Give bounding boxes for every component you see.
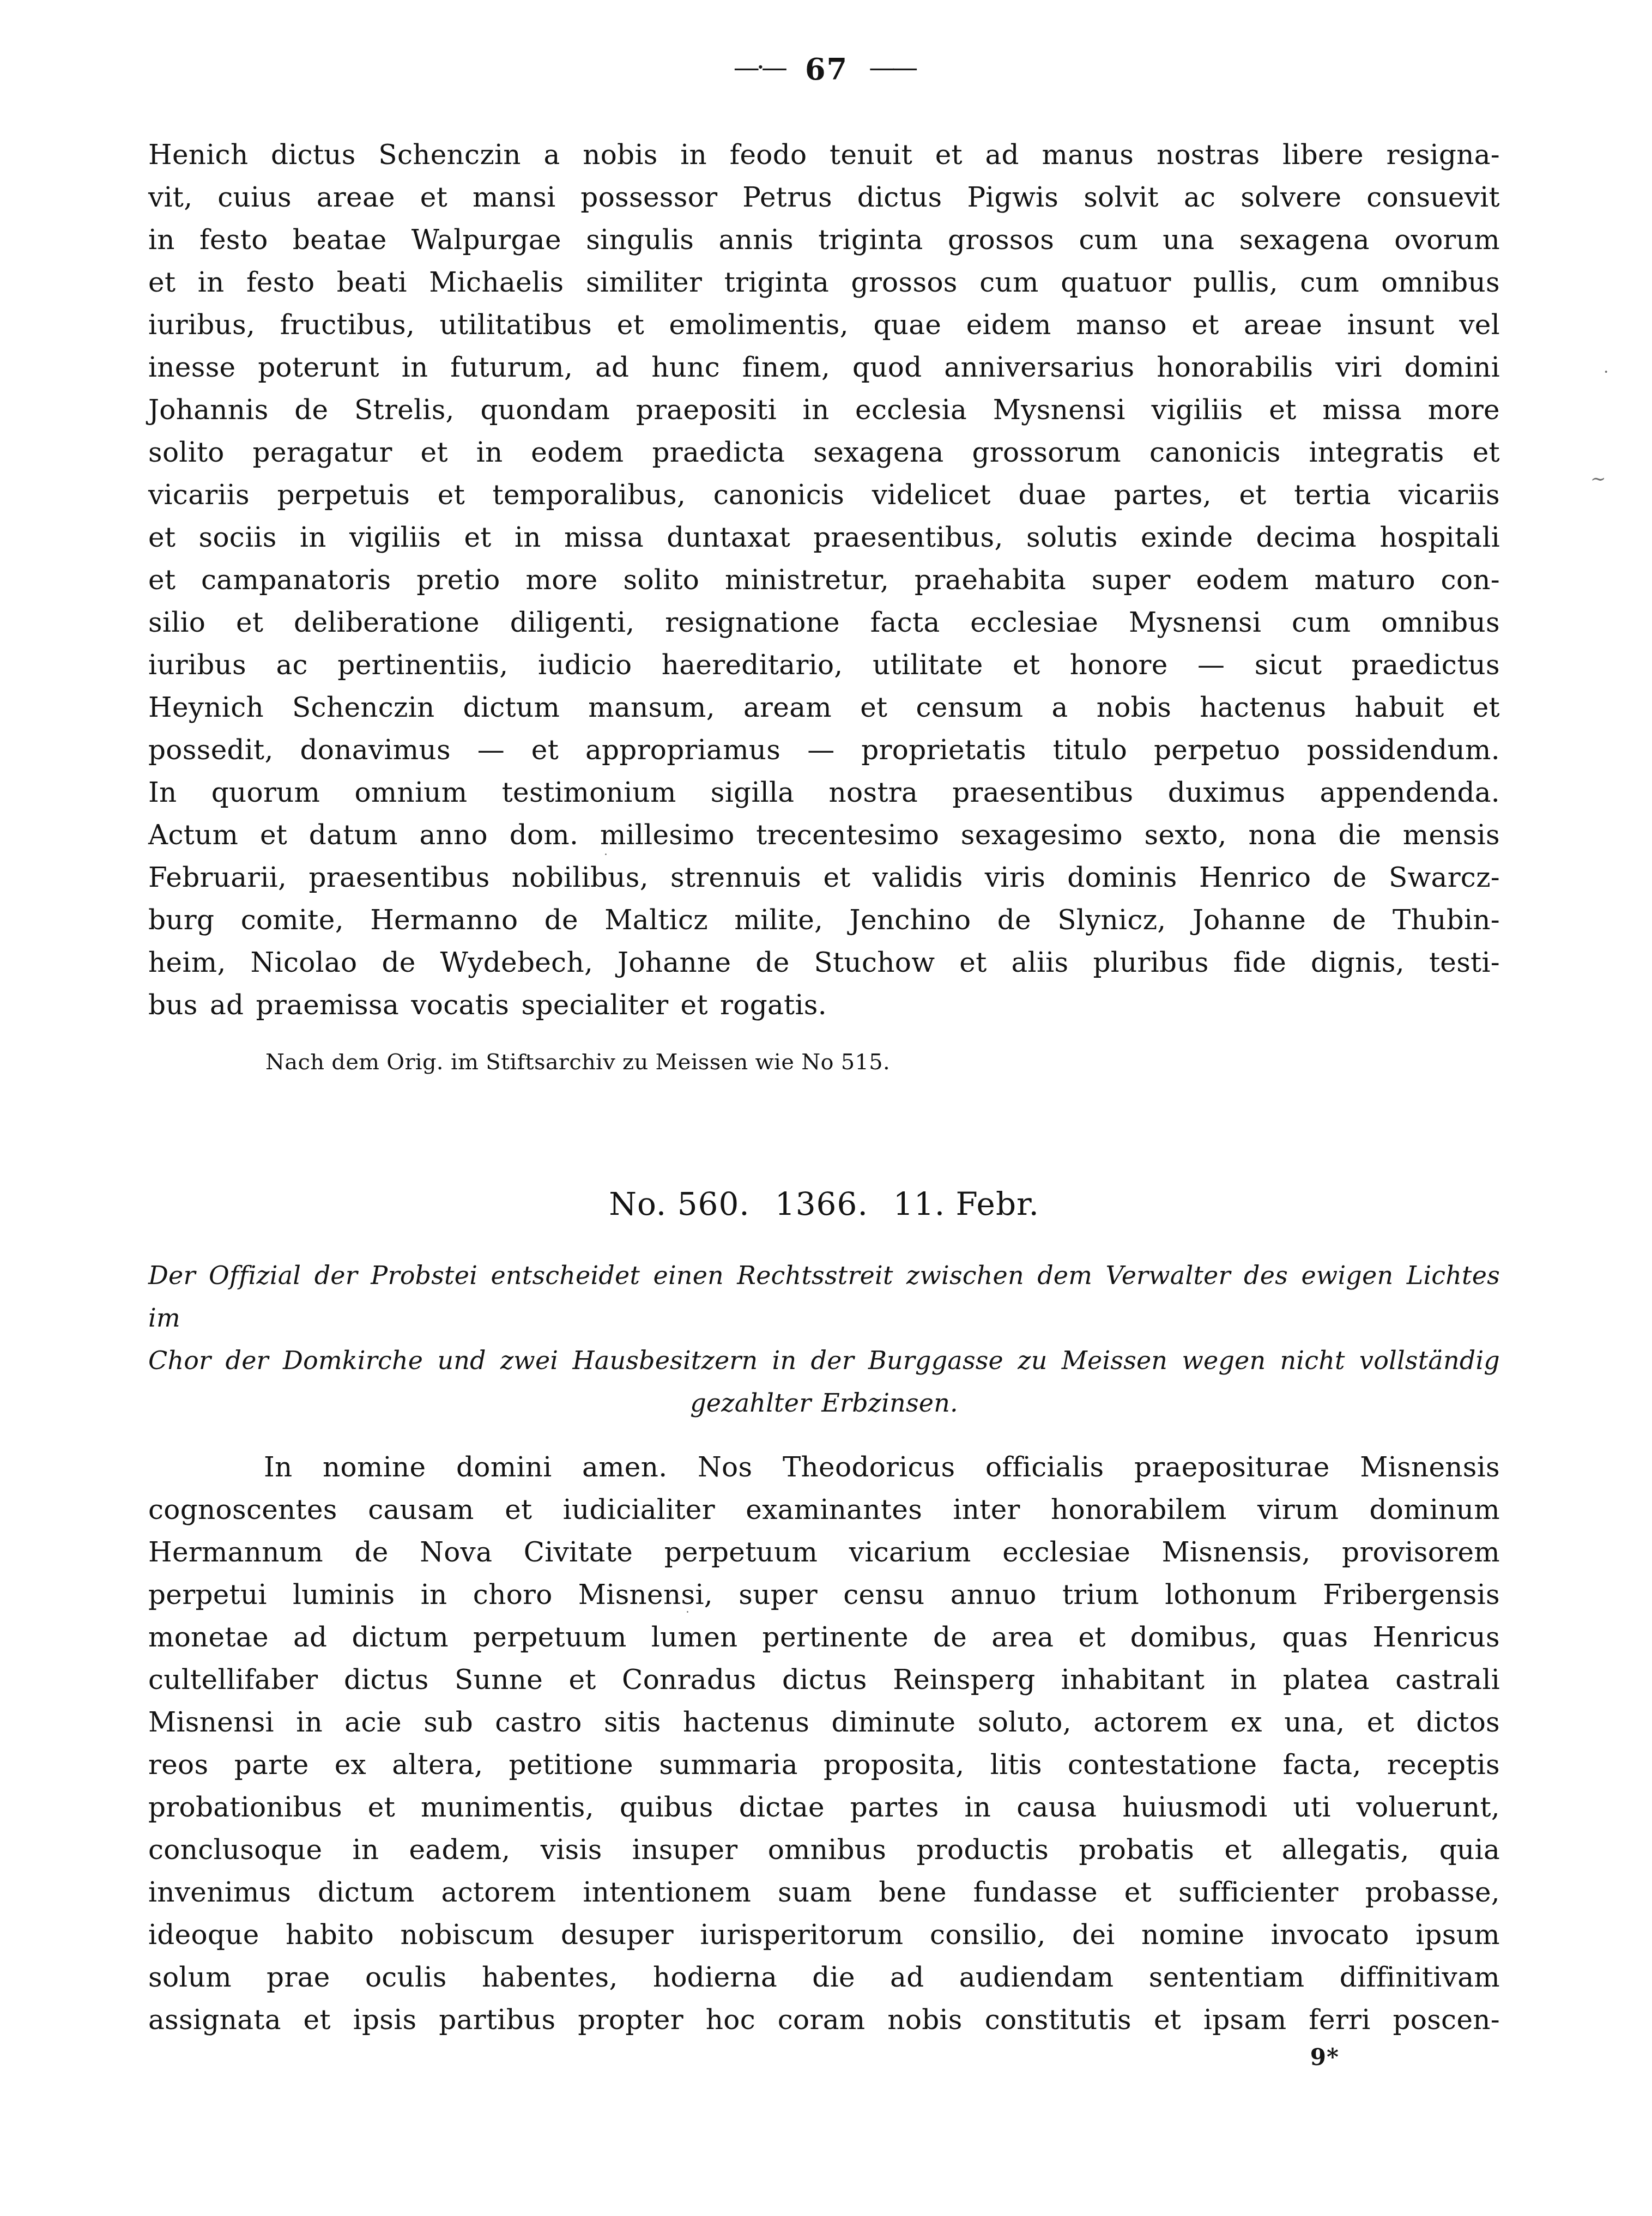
text-line: burg comite, Hermanno de Malticz milite,… [148, 899, 1500, 941]
signature-line: 9* [148, 2042, 1500, 2073]
scan-artifact: · [1603, 364, 1609, 380]
page-number: 67 [805, 52, 848, 87]
charter-number: No. 560. [609, 1182, 750, 1226]
text-line: et sociis in vigiliis et in missa duntax… [148, 516, 1500, 559]
text-line: Actum et datum anno dom. millesimo trece… [148, 814, 1500, 856]
text-line: bus ad praemissa vocatis specialiter et … [148, 984, 1500, 1026]
charter-year: 1366. [775, 1182, 868, 1226]
text-line: perpetui luminis in choro Misnensi, supe… [148, 1573, 1500, 1616]
text-line: et campanatoris pretio more solito minis… [148, 559, 1500, 601]
text-line: vit, cuius areae et mansi possessor Petr… [148, 176, 1500, 219]
text-line: assignata et ipsis partibus propter hoc … [148, 1999, 1500, 2041]
text-line: ideoque habito nobiscum desuper iurisper… [148, 1914, 1500, 1956]
text-line: Chor der Domkirche und zwei Hausbesitzer… [148, 1339, 1500, 1382]
text-line: cognoscentes causam et iudicialiter exam… [148, 1488, 1500, 1531]
text-line: solito peragatur et in eodem praedicta s… [148, 431, 1500, 474]
charter-continuation-text: Henich dictus Schenczin a nobis in feodo… [148, 134, 1500, 1026]
text-line: solum prae oculis habentes, hodierna die… [148, 1956, 1500, 1999]
source-note: Nach dem Orig. im Stiftsarchiv zu Meisse… [148, 1046, 1500, 1079]
text-line: Henich dictus Schenczin a nobis in feodo… [148, 134, 1500, 176]
text-line: conclusoque in eadem, visis insuper omni… [148, 1828, 1500, 1871]
text-line: inesse poterunt in futurum, ad hunc fine… [148, 346, 1500, 389]
text-line: possedit, donavimus — et appropriamus — … [148, 729, 1500, 771]
header-rule-right: —— [869, 52, 915, 83]
scan-artifact: ∼ [1590, 470, 1606, 488]
text-line: gezahlter Erbzinsen. [148, 1382, 1500, 1424]
signature-mark: 9* [1310, 2044, 1339, 2070]
text-line: Der Offizial der Probstei entscheidet ei… [148, 1254, 1500, 1339]
charter-heading: No. 560. 1366. 11. Febr. [148, 1182, 1500, 1226]
text-line: iuribus, fructibus, utilitatibus et emol… [148, 304, 1500, 346]
text-line: invenimus dictum actorem intentionem sua… [148, 1871, 1500, 1914]
charter-summary: Der Offizial der Probstei entscheidet ei… [148, 1254, 1500, 1424]
running-head: —·— 67 —— [148, 52, 1500, 91]
text-line: silio et deliberatione diligenti, resign… [148, 601, 1500, 644]
charter-body-text: In nomine domini amen. Nos Theodoricus o… [148, 1446, 1500, 2041]
text-line: vicariis perpetuis et temporalibus, cano… [148, 474, 1500, 516]
text-line: monetae ad dictum perpetuum lumen pertin… [148, 1616, 1500, 1658]
text-line: Hermannum de Nova Civitate perpetuum vic… [148, 1531, 1500, 1573]
text-line: iuribus ac pertinentiis, iudicio haeredi… [148, 644, 1500, 686]
text-line: heim, Nicolao de Wydebech, Johanne de St… [148, 941, 1500, 984]
charter-date: 11. Febr. [893, 1182, 1039, 1226]
text-line: In quorum omnium testimonium sigilla nos… [148, 771, 1500, 814]
text-line: probationibus et munimentis, quibus dict… [148, 1786, 1500, 1828]
header-rule-left: —·— [734, 52, 784, 83]
text-line: Februarii, praesentibus nobilibus, stren… [148, 856, 1500, 899]
text-line: Heynich Schenczin dictum mansum, aream e… [148, 686, 1500, 729]
text-line: in festo beatae Walpurgae singulis annis… [148, 219, 1500, 261]
text-line: Johannis de Strelis, quondam praepositi … [148, 389, 1500, 431]
scanned-book-page: —·— 67 —— Henich dictus Schenczin a nobi… [0, 0, 1652, 2216]
text-line: cultellifaber dictus Sunne et Conradus d… [148, 1658, 1500, 1701]
text-line: In nomine domini amen. Nos Theodoricus o… [148, 1446, 1500, 1488]
text-line: Misnensi in acie sub castro sitis hacten… [148, 1701, 1500, 1743]
text-line: reos parte ex altera, petitione summaria… [148, 1743, 1500, 1786]
text-line: et in festo beati Michaelis similiter tr… [148, 261, 1500, 304]
